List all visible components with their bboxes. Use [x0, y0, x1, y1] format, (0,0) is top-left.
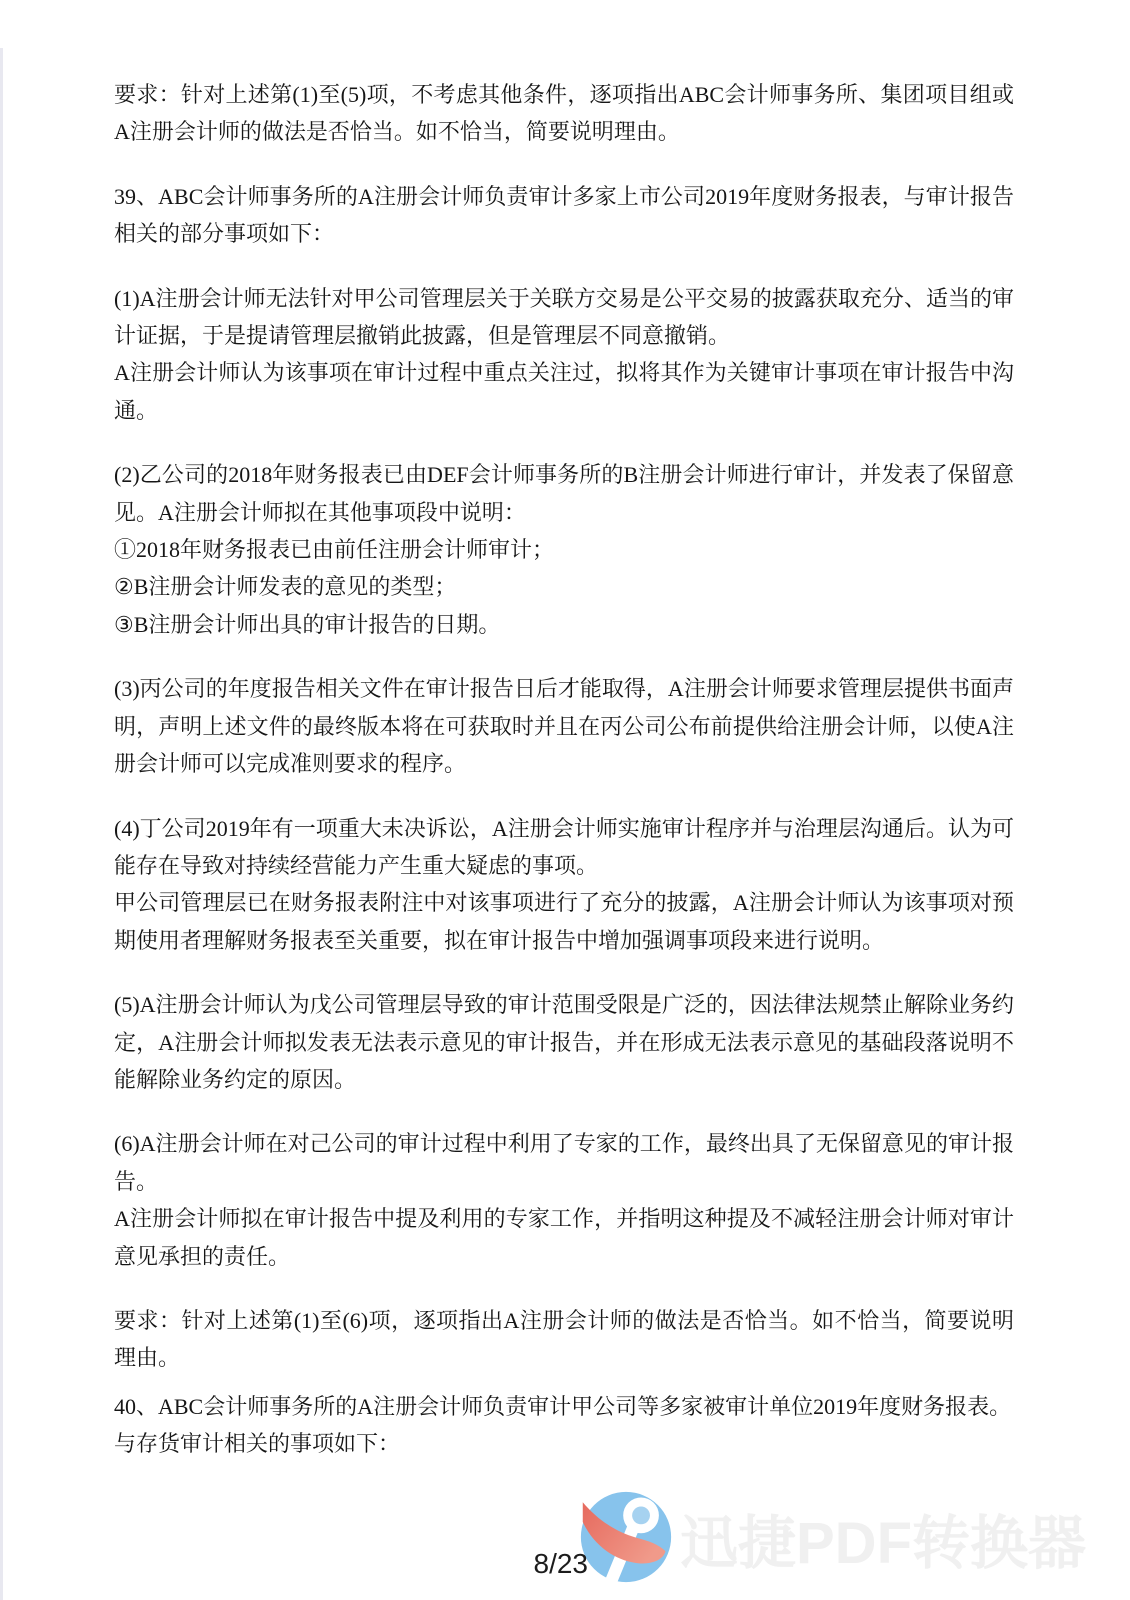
- paragraph-item-6: (6)A注册会计师在对己公司的审计过程中利用了专家的工作，最终出具了无保留意见的…: [114, 1125, 1014, 1275]
- text-line: ③B注册会计师出具的审计报告的日期。: [114, 606, 1014, 643]
- paragraph-item-1: (1)A注册会计师无法针对甲公司管理层关于关联方交易是公平交易的披露获取充分、适…: [114, 280, 1014, 430]
- text-line: (3)丙公司的年度报告相关文件在审计报告日后才能取得，A注册会计师要求管理层提供…: [114, 670, 1014, 782]
- text-line: 要求：针对上述第(1)至(5)项，不考虑其他条件，逐项指出ABC会计师事务所、集…: [114, 76, 1014, 151]
- paragraph-requirement-39: 要求：针对上述第(1)至(5)项，不考虑其他条件，逐项指出ABC会计师事务所、集…: [114, 76, 1014, 151]
- paragraph-item-4: (4)丁公司2019年有一项重大未决诉讼，A注册会计师实施审计程序并与治理层沟通…: [114, 810, 1014, 960]
- text-line: 与存货审计相关的事项如下：: [114, 1425, 1014, 1462]
- page-number: 8/23: [524, 1548, 588, 1580]
- watermark-brand-text: 迅捷PDF转换器: [680, 1496, 1086, 1580]
- paragraph-requirement-40: 要求：针对上述第(1)至(6)项，逐项指出A注册会计师的做法是否恰当。如不恰当，…: [114, 1302, 1014, 1377]
- text-line: (2)乙公司的2018年财务报表已由DEF会计师事务所的B注册会计师进行审计，并…: [114, 456, 1014, 531]
- pdf-page: 要求：针对上述第(1)至(5)项，不考虑其他条件，逐项指出ABC会计师事务所、集…: [0, 0, 1130, 1600]
- paragraph-item-2: (2)乙公司的2018年财务报表已由DEF会计师事务所的B注册会计师进行审计，并…: [114, 456, 1014, 643]
- text-line: ①2018年财务报表已由前任注册会计师审计；: [114, 531, 1014, 568]
- text-line: (6)A注册会计师在对己公司的审计过程中利用了专家的工作，最终出具了无保留意见的…: [114, 1125, 1014, 1200]
- paragraph-item-5: (5)A注册会计师认为戊公司管理层导致的审计范围受限是广泛的，因法律法规禁止解除…: [114, 986, 1014, 1098]
- text-line: (5)A注册会计师认为戊公司管理层导致的审计范围受限是广泛的，因法律法规禁止解除…: [114, 986, 1014, 1098]
- document-content: 要求：针对上述第(1)至(5)项，不考虑其他条件，逐项指出ABC会计师事务所、集…: [114, 76, 1014, 1490]
- text-line: A注册会计师拟在审计报告中提及利用的专家工作，并指明这种提及不减轻注册会计师对审…: [114, 1200, 1014, 1275]
- paragraph-question-39: 39、ABC会计师事务所的A注册会计师负责审计多家上市公司2019年度财务报表，…: [114, 178, 1014, 253]
- text-line: 39、ABC会计师事务所的A注册会计师负责审计多家上市公司2019年度财务报表，…: [114, 178, 1014, 253]
- paragraph-item-3: (3)丙公司的年度报告相关文件在审计报告日后才能取得，A注册会计师要求管理层提供…: [114, 670, 1014, 782]
- pdf-converter-logo-icon: [579, 1490, 673, 1584]
- page-left-edge: [0, 48, 3, 1600]
- paragraph-question-40: 40、ABC会计师事务所的A注册会计师负责审计甲公司等多家被审计单位2019年度…: [114, 1388, 1014, 1463]
- text-line: 要求：针对上述第(1)至(6)项，逐项指出A注册会计师的做法是否恰当。如不恰当，…: [114, 1302, 1014, 1377]
- text-line: ②B注册会计师发表的意见的类型；: [114, 568, 1014, 605]
- text-line: (4)丁公司2019年有一项重大未决诉讼，A注册会计师实施审计程序并与治理层沟通…: [114, 810, 1014, 885]
- text-line: 40、ABC会计师事务所的A注册会计师负责审计甲公司等多家被审计单位2019年度…: [114, 1388, 1014, 1425]
- text-line: 甲公司管理层已在财务报表附注中对该事项进行了充分的披露，A注册会计师认为该事项对…: [114, 884, 1014, 959]
- text-line: A注册会计师认为该事项在审计过程中重点关注过，拟将其作为关键审计事项在审计报告中…: [114, 354, 1014, 429]
- text-line: (1)A注册会计师无法针对甲公司管理层关于关联方交易是公平交易的披露获取充分、适…: [114, 280, 1014, 355]
